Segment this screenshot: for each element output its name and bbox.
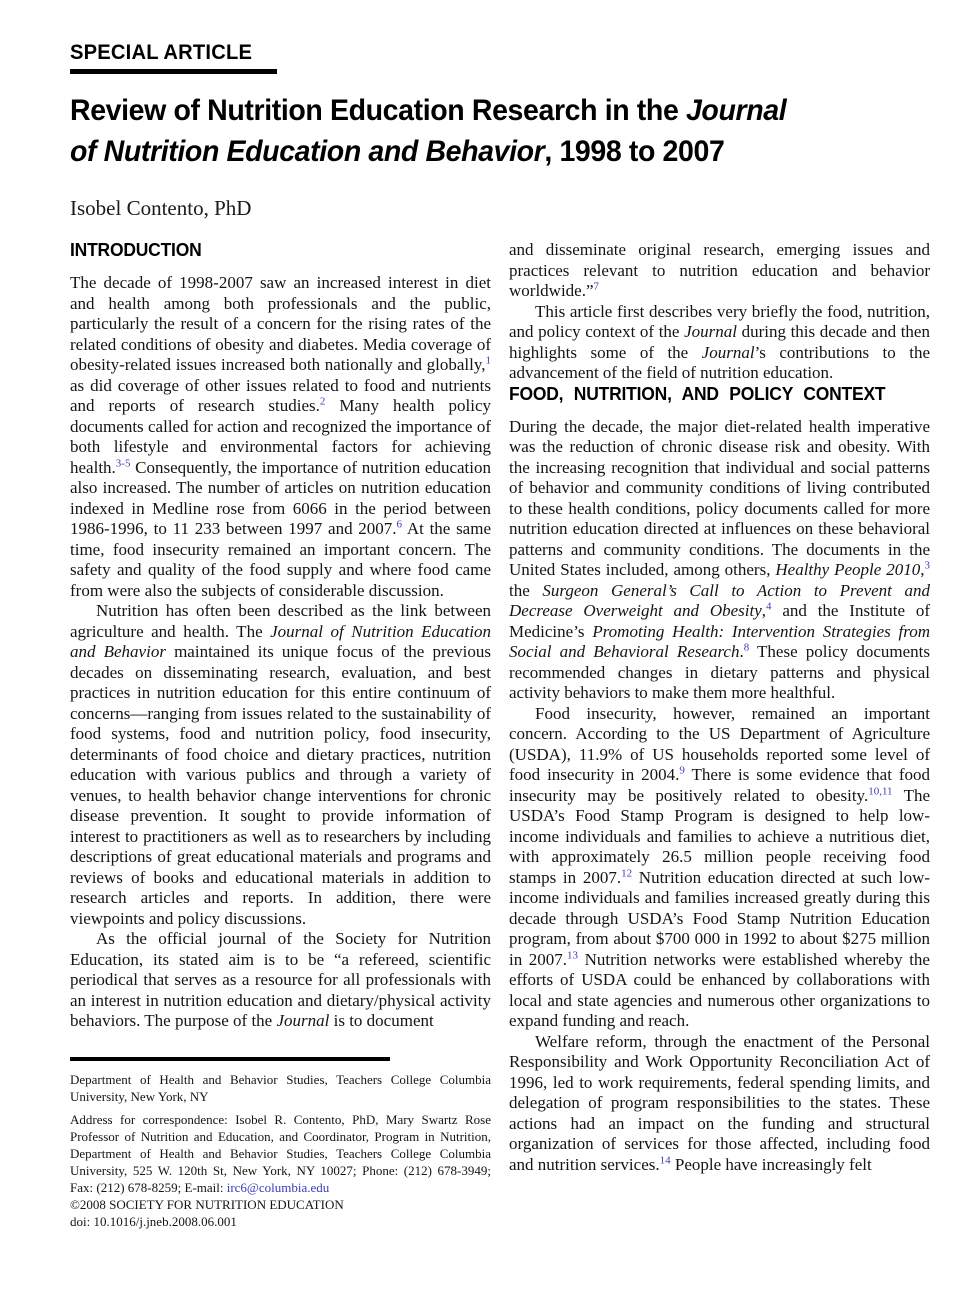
footnote-block: Department of Health and Behavior Studie… (70, 1057, 491, 1230)
affiliation-note: Department of Health and Behavior Studie… (70, 1071, 491, 1105)
paragraph: Food insecurity, however, remained an im… (509, 704, 930, 1032)
paragraph: This article first describes very briefl… (509, 302, 930, 384)
context-paragraphs: During the decade, the major diet-relate… (509, 417, 930, 1176)
paragraph: and disseminate original research, emerg… (509, 240, 930, 302)
left-column: INTRODUCTION The decade of 1998-2007 saw… (70, 240, 491, 1230)
article-title: Review of Nutrition Education Research i… (70, 90, 887, 172)
article-page: SPECIAL ARTICLE Review of Nutrition Educ… (0, 0, 975, 1305)
citation-ref[interactable]: 3-5 (116, 457, 131, 469)
citation-ref[interactable]: 12 (621, 867, 632, 879)
article-header: SPECIAL ARTICLE Review of Nutrition Educ… (70, 42, 930, 222)
footnote-rule (70, 1057, 390, 1061)
citation-ref[interactable]: 13 (567, 949, 578, 961)
citation-ref[interactable]: 1 (486, 354, 492, 366)
article-type-label: SPECIAL ARTICLE (70, 42, 896, 64)
two-column-body: INTRODUCTION The decade of 1998-2007 saw… (70, 240, 930, 1230)
introduction-paragraphs: The decade of 1998-2007 saw an increased… (70, 273, 491, 1032)
paragraph: Nutrition has often been described as th… (70, 601, 491, 929)
email-link[interactable]: irc6@columbia.edu (227, 1180, 330, 1195)
right-column: and disseminate original research, emerg… (509, 240, 930, 1230)
citation-ref[interactable]: 10,11 (868, 785, 892, 797)
doi-line: doi: 10.1016/j.jneb.2008.06.001 (70, 1213, 491, 1230)
citation-ref[interactable]: 7 (594, 280, 600, 292)
correspondence-note: Address for correspondence: Isobel R. Co… (70, 1111, 491, 1196)
copyright-line: ©2008 SOCIETY FOR NUTRITION EDUCATION (70, 1196, 491, 1213)
kicker-rule (70, 69, 277, 74)
paragraph: Welfare reform, through the enactment of… (509, 1032, 930, 1176)
author-name: Isobel Contento, PhD (70, 194, 930, 222)
paragraph: The decade of 1998-2007 saw an increased… (70, 273, 491, 601)
section-heading-introduction: INTRODUCTION (70, 240, 478, 260)
continued-paragraphs: and disseminate original research, emerg… (509, 240, 930, 384)
paragraph: As the official journal of the Society f… (70, 929, 491, 1032)
citation-ref[interactable]: 3 (925, 559, 931, 571)
section-heading-food-nutrition-policy: FOOD, NUTRITION, AND POLICY CONTEXT (509, 384, 917, 404)
citation-ref[interactable]: 14 (660, 1154, 671, 1166)
paragraph: During the decade, the major diet-relate… (509, 417, 930, 704)
